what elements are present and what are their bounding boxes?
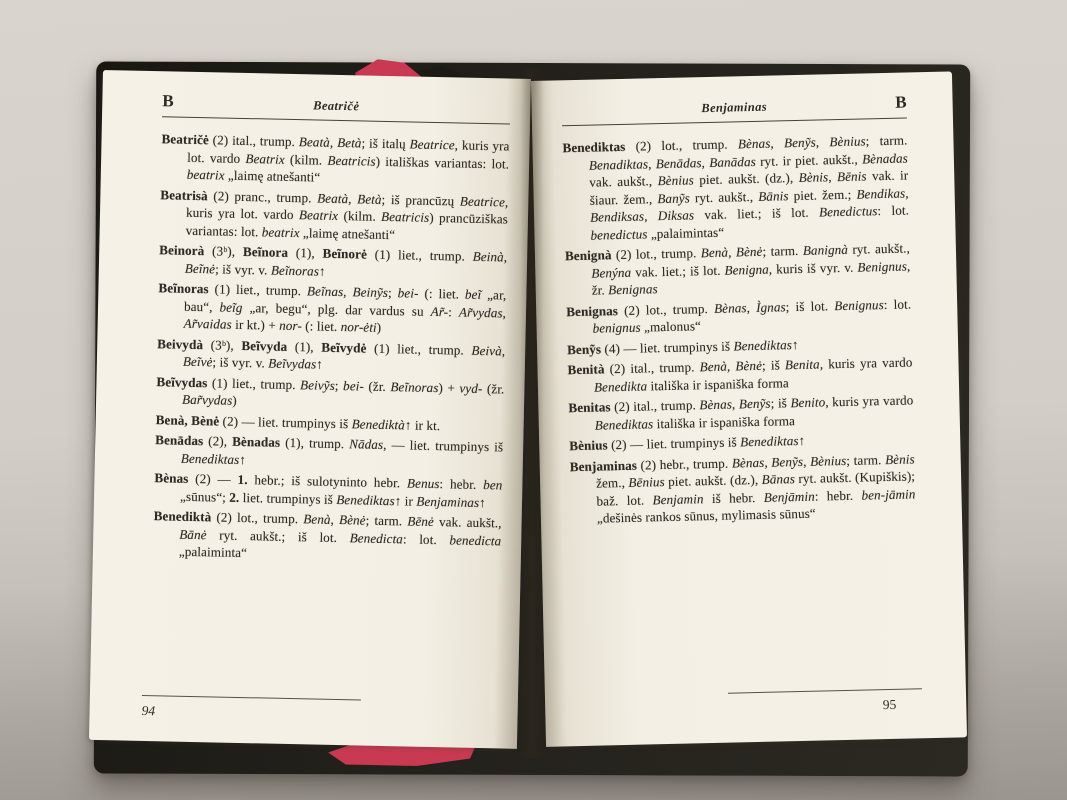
- running-head: Benjaminas: [596, 97, 873, 118]
- footer-rule: [728, 688, 922, 693]
- left-page-footer: 94: [141, 695, 495, 726]
- entries-column: Beatričė (2) ital., trump. Beatà, Betà; …: [153, 130, 510, 567]
- dictionary-entry: Beatričė (2) ital., trump. Beatà, Betà; …: [161, 130, 510, 190]
- header-spacer: [562, 115, 596, 116]
- section-letter: B: [872, 92, 906, 113]
- left-page-header: B Beatričė: [162, 91, 510, 120]
- header-spacer: [476, 113, 510, 114]
- dictionary-entry: Benediktas (2) lot., trump. Bènas, Benỹs…: [562, 131, 909, 244]
- dictionary-entry: Benediktà (2) lot., trump. Benà, Bènė; t…: [153, 507, 502, 567]
- entries-column: Benediktas (2) lot., trump. Bènas, Benỹs…: [562, 131, 916, 527]
- photo-open-dictionary-book: B Beatričė Beatričė (2) ital., trump. Be…: [0, 0, 1067, 800]
- dictionary-entry: Beatrisà (2) pranc., trump. Beatà, Betà;…: [159, 186, 508, 246]
- page-number: 94: [141, 703, 495, 726]
- dictionary-entry: Beinorà (3ᵇ), Beĩnora (1), Beĩnorė (1) l…: [159, 241, 508, 283]
- dictionary-entry: Bènas (2) — 1. hebr.; iš sulotyninto heb…: [154, 469, 503, 511]
- dictionary-entry: Benitas (2) ital., trump. Bènas, Benỹs; …: [568, 391, 914, 434]
- page-number: 95: [575, 696, 922, 720]
- right-page-footer: 95: [575, 688, 922, 720]
- dictionary-entry: Benjaminas (2) hebr., trump. Bènas, Benỹ…: [570, 450, 916, 528]
- section-letter: B: [162, 91, 196, 112]
- dictionary-entry: Benignà (2) lot., trump. Benà, Bènė; tar…: [565, 239, 911, 299]
- dictionary-entry: Benādas (2), Bènadas (1), trump. Nādas, …: [155, 431, 504, 473]
- dictionary-entry: Benità (2) ital., trump. Benà, Bènė; iš …: [567, 353, 913, 396]
- dictionary-entry: Beĩvydas (1) liet., trump. Beivỹs; bei- …: [156, 373, 505, 415]
- dictionary-entry: Beivydà (3ᵇ), Beĩvyda (1), Beĩvydė (1) l…: [157, 335, 506, 377]
- right-page: Benjaminas B Benediktas (2) lot., trump.…: [531, 71, 967, 746]
- dictionary-entry: Benignas (2) lot., trump. Bènas, Ìgnas; …: [566, 295, 912, 338]
- running-head: Beatričė: [196, 96, 476, 117]
- footer-rule: [142, 695, 361, 701]
- dictionary-entry: Beĩnoras (1) liet., trump. Beĩnas, Beinỹ…: [158, 279, 507, 339]
- left-page: B Beatričė Beatričė (2) ital., trump. Be…: [89, 70, 531, 749]
